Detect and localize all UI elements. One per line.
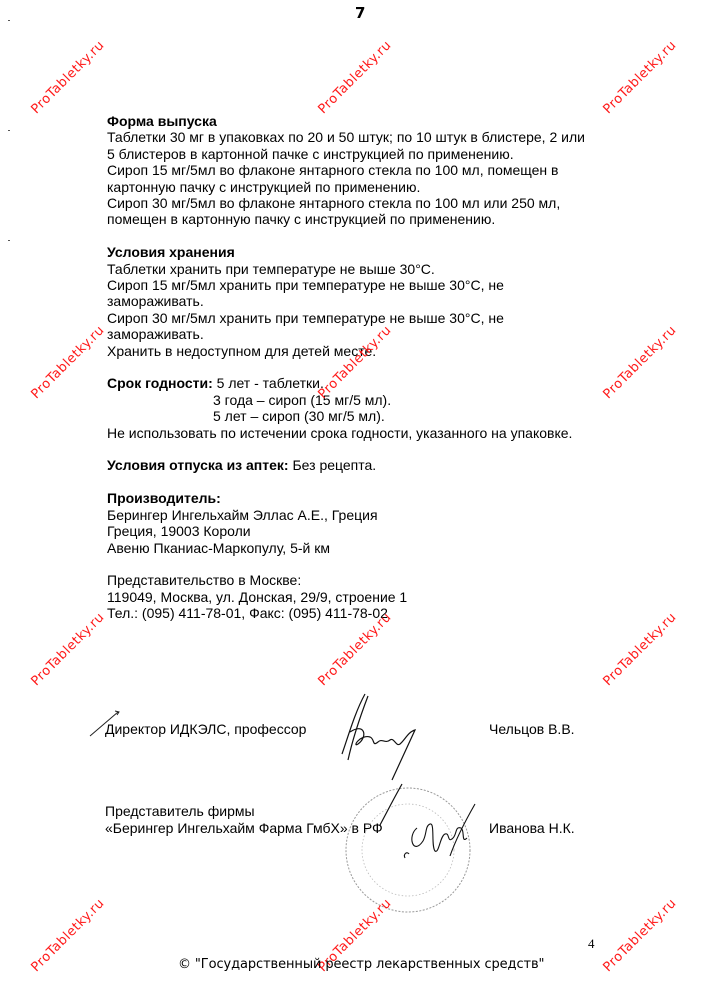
text-line: 3 года – сироп (15 мг/5 мл).	[107, 392, 627, 408]
text-line: Таблетки 30 мг в упаковках по 20 и 50 шт…	[107, 129, 627, 145]
edge-mark	[8, 20, 10, 21]
release-form-section: Форма выпуска Таблетки 30 мг в упаковках…	[107, 113, 627, 228]
text-line: Сироп 15 мг/5мл хранить при температуре …	[107, 277, 627, 293]
document-body: Форма выпуска Таблетки 30 мг в упаковках…	[107, 113, 627, 638]
signature-director-icon	[330, 692, 430, 782]
representative-section: Представительство в Москве: 119049, Моск…	[107, 572, 627, 621]
text-line: Тел.: (095) 411-78-01, Факс: (095) 411-7…	[107, 605, 627, 621]
dispensing-section: Условия отпуска из аптек: Без рецепта.	[107, 457, 627, 473]
text-line: 5 блистеров в картонной пачке с инструкц…	[107, 146, 627, 162]
page-number-bottom: 4	[588, 936, 595, 952]
section-heading: Форма выпуска	[107, 113, 627, 129]
dispensing-value: Без рецепта.	[289, 457, 377, 473]
shelf-life-label: Срок годности:	[107, 375, 213, 391]
dispensing-label: Условия отпуска из аптек:	[107, 457, 289, 473]
watermark: ProTabletky.ru	[17, 26, 120, 129]
text-line: Сироп 30 мг/5мл во флаконе янтарного сте…	[107, 195, 627, 211]
text-line: Сироп 15 мг/5мл во флаконе янтарного сте…	[107, 162, 627, 178]
text-line: Сироп 30 мг/5мл хранить при температуре …	[107, 310, 627, 326]
manufacturer-section: Производитель: Берингер Ингельхайм Эллас…	[107, 490, 627, 556]
watermark: ProTabletky.ru	[589, 26, 692, 129]
text-line: Представительство в Москве:	[107, 572, 627, 588]
text-line: Таблетки хранить при температуре не выше…	[107, 261, 627, 277]
text-line: замораживать.	[107, 293, 627, 309]
text-line: помещен в картонную пачку с инструкцией …	[107, 211, 627, 227]
footer-copyright: © "Государственный реестр лекарственных …	[0, 957, 712, 972]
section-heading: Условия хранения	[107, 244, 627, 260]
signatory-role: Представитель фирмы	[105, 803, 255, 819]
signatory-role: Директор ИДКЭЛС, профессор	[105, 721, 306, 737]
section-heading: Производитель:	[107, 490, 627, 506]
dispensing-line: Условия отпуска из аптек: Без рецепта.	[107, 457, 627, 473]
signatory-name: Иванова Н.К.	[489, 820, 575, 836]
edge-mark	[8, 130, 10, 131]
text-line: 119049, Москва, ул. Донская, 29/9, строе…	[107, 589, 627, 605]
edge-mark	[8, 240, 10, 241]
page-number-top: 7	[355, 4, 365, 22]
text-line: Авеню Пканиас-Маркопулу, 5-й км	[107, 540, 627, 556]
signature-representative-icon	[395, 796, 485, 876]
shelf-life-note: Не использовать по истечении срока годно…	[107, 425, 627, 441]
text-line: Греция, 19003 Короли	[107, 523, 627, 539]
shelf-life-value: 5 лет - таблетки.	[213, 375, 324, 391]
text-line: Берингер Ингельхайм Эллас А.Е., Греция	[107, 507, 627, 523]
shelf-life-section: Срок годности: 5 лет - таблетки. 3 года …	[107, 375, 627, 441]
shelf-life-first-line: Срок годности: 5 лет - таблетки.	[107, 375, 627, 391]
signatory-name: Чельцов В.В.	[489, 721, 575, 737]
watermark: ProTabletky.ru	[17, 598, 120, 701]
pen-stroke-icon	[88, 700, 128, 740]
text-line: картонную пачку с инструкцией по примене…	[107, 179, 627, 195]
text-line: 5 лет – сироп (30 мг/5 мл).	[107, 408, 627, 424]
watermark: ProTabletky.ru	[17, 311, 120, 414]
